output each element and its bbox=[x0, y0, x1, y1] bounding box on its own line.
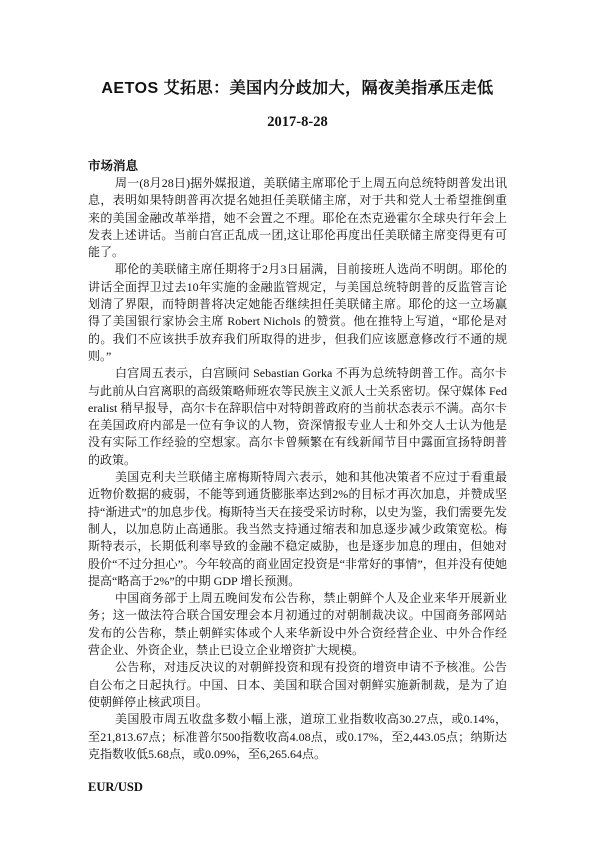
paragraph-sanctions-enforcement: 公告称，对违反决议的对朝鲜投资和现有投资的增资申请不予核准。公告自公布之日起执行… bbox=[88, 659, 507, 711]
paragraph-us-stocks: 美国股市周五收盘多数小幅上涨，道琼工业指数收高30.27点，或0.14%，至21… bbox=[88, 711, 507, 763]
paragraph-mester-rates: 美国克利夫兰联储主席梅斯特周六表示，她和其他决策者不应过于看重最近物价数据的疲弱… bbox=[88, 469, 507, 590]
document-title: AETOS 艾拓思：美国内分歧加大，隔夜美指承压走低 bbox=[88, 78, 507, 100]
paragraph-china-mofcom-notice: 中国商务部于上周五晚间发布公告称，禁止朝鲜个人及企业来华开展新业务；这一做法符合… bbox=[88, 590, 507, 659]
paragraph-yellen-signal: 周一(8月28日)据外媒报道，美联储主席耶伦于上周五向总统特朗普发出讯息，表明如… bbox=[88, 175, 507, 261]
section-heading-eurusd: EUR/USD bbox=[88, 779, 507, 796]
paragraph-gorka-departure: 白宫周五表示，白宫顾问 Sebastian Gorka 不再为总统特朗普工作。高… bbox=[88, 365, 507, 469]
document-page: AETOS 艾拓思：美国内分歧加大，隔夜美指承压走低 2017-8-28 市场消… bbox=[0, 0, 595, 842]
section-heading-market-news: 市场消息 bbox=[88, 158, 507, 175]
paragraph-yellen-term: 耶伦的美联储主席任期将于2月3日届满，目前接班人选尚不明朗。耶伦的讲话全面捍卫过… bbox=[88, 261, 507, 365]
document-date: 2017-8-28 bbox=[88, 113, 507, 131]
article-body: 周一(8月28日)据外媒报道，美联储主席耶伦于上周五向总统特朗普发出讯息，表明如… bbox=[88, 175, 507, 763]
